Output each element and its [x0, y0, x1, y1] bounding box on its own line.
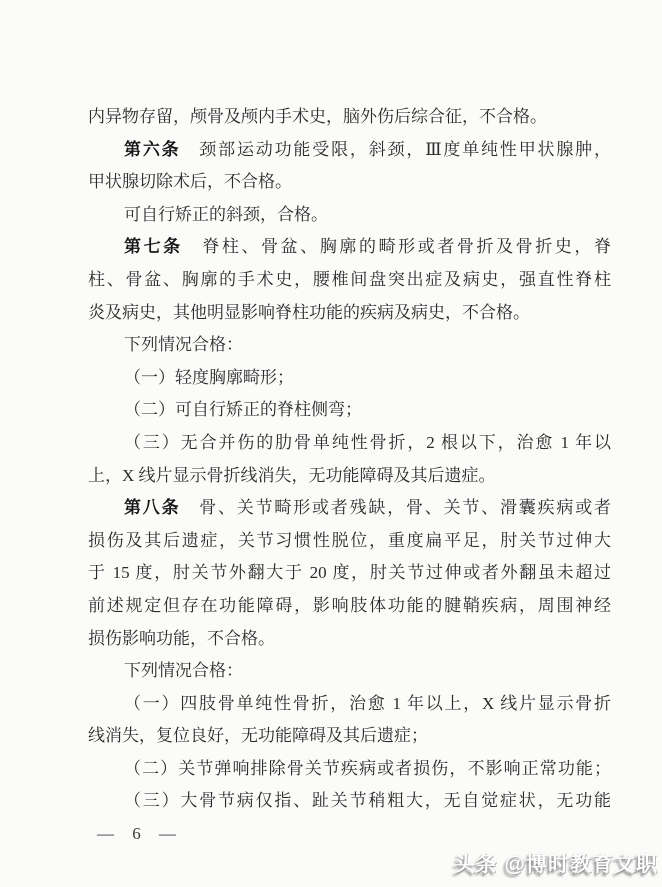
document-line: 下列情况合格： — [88, 329, 611, 362]
line-text: （二）关节弹响排除骨关节疾病或者损伤，不影响正常功能； — [124, 759, 611, 778]
document-line: 下列情况合格： — [88, 655, 611, 688]
line-text: 前述规定但存在功能障碍，影响肢体功能的腱鞘疾病，周围神经 — [88, 596, 611, 615]
document-line: （二）可自行矫正的脊柱侧弯； — [88, 394, 611, 427]
line-text: 下列情况合格： — [124, 335, 243, 354]
document-line: （三）无合并伤的肋骨单纯性骨折，2 根以下，治愈 1 年以 — [88, 427, 611, 460]
document-line: 损伤影响功能，不合格。 — [88, 623, 611, 656]
toutiao-watermark: 头条 @博时教育文职 — [454, 848, 658, 878]
document-body: 内异物存留，颅骨及颅内手术史，脑外伤后综合征，不合格。第六条 颈部运动功能受限，… — [88, 101, 611, 818]
line-text: 甲状腺切除术后，不合格。 — [88, 172, 292, 191]
line-text: （二）可自行矫正的脊柱侧弯； — [124, 400, 362, 419]
document-line: 甲状腺切除术后，不合格。 — [88, 166, 611, 199]
document-line: 第六条 颈部运动功能受限，斜颈，Ⅲ度单纯性甲状腺肿， — [88, 134, 611, 167]
line-text: 颈部运动功能受限，斜颈，Ⅲ度单纯性甲状腺肿， — [180, 140, 611, 159]
document-line: 前述规定但存在功能障碍，影响肢体功能的腱鞘疾病，周围神经 — [88, 590, 611, 623]
line-text: 骨、关节畸形或者残缺，骨、关节、滑囊疾病或者 — [180, 498, 611, 517]
document-page: 内异物存留，颅骨及颅内手术史，脑外伤后综合征，不合格。第六条 颈部运动功能受限，… — [0, 0, 662, 887]
article-number: 第七条 — [124, 237, 183, 256]
document-line: 炎及病史，其他明显影响脊柱功能的疾病及病史，不合格。 — [88, 297, 611, 330]
document-line: （一）四肢骨单纯性骨折，治愈 1 年以上，X 线片显示骨折 — [88, 688, 611, 721]
document-line: 第七条 脊柱、骨盆、胸廓的畸形或者骨折及骨折史，脊 — [88, 231, 611, 264]
line-text: 可自行矫正的斜颈，合格。 — [124, 205, 328, 224]
line-text: 下列情况合格： — [124, 661, 243, 680]
document-line: 损伤及其后遗症，关节习惯性脱位，重度扁平足，肘关节过伸大 — [88, 525, 611, 558]
document-line: 于 15 度，肘关节外翻大于 20 度，肘关节过伸或者外翻虽未超过 — [88, 557, 611, 590]
line-text: 线消失，复位良好，无功能障碍及其后遗症； — [88, 726, 428, 745]
document-line: （一）轻度胸廓畸形； — [88, 362, 611, 395]
line-text: 损伤及其后遗症，关节习惯性脱位，重度扁平足，肘关节过伸大 — [88, 531, 611, 550]
article-number: 第八条 — [124, 498, 180, 517]
line-text: 柱、骨盆、胸廓的手术史，腰椎间盘突出症及病史，强直性脊柱 — [88, 270, 611, 289]
document-line: 第八条 骨、关节畸形或者残缺，骨、关节、滑囊疾病或者 — [88, 492, 611, 525]
line-text: （三）大骨节病仅指、趾关节稍粗大，无自觉症状，无功能 — [124, 791, 611, 810]
line-text: 内异物存留，颅骨及颅内手术史，脑外伤后综合征，不合格。 — [88, 107, 547, 126]
document-line: （三）大骨节病仅指、趾关节稍粗大，无自觉症状，无功能 — [88, 785, 611, 818]
line-text: 脊柱、骨盆、胸廓的畸形或者骨折及骨折史，脊 — [183, 237, 611, 256]
line-text: 损伤影响功能，不合格。 — [88, 629, 275, 648]
line-text: 炎及病史，其他明显影响脊柱功能的疾病及病史，不合格。 — [88, 303, 530, 322]
line-text: 于 15 度，肘关节外翻大于 20 度，肘关节过伸或者外翻虽未超过 — [88, 563, 611, 582]
page-number: — 6 — — [97, 824, 177, 844]
line-text: （一）轻度胸廓畸形； — [124, 368, 294, 387]
line-text: （三）无合并伤的肋骨单纯性骨折，2 根以下，治愈 1 年以 — [124, 433, 611, 452]
line-text: 上，X 线片显示骨折线消失，无功能障碍及其后遗症。 — [88, 466, 496, 485]
document-line: 可自行矫正的斜颈，合格。 — [88, 199, 611, 232]
article-number: 第六条 — [124, 140, 180, 159]
document-line: （二）关节弹响排除骨关节疾病或者损伤，不影响正常功能； — [88, 753, 611, 786]
document-line: 线消失，复位良好，无功能障碍及其后遗症； — [88, 720, 611, 753]
line-text: （一）四肢骨单纯性骨折，治愈 1 年以上，X 线片显示骨折 — [124, 694, 611, 713]
document-line: 上，X 线片显示骨折线消失，无功能障碍及其后遗症。 — [88, 460, 611, 493]
document-line: 柱、骨盆、胸廓的手术史，腰椎间盘突出症及病史，强直性脊柱 — [88, 264, 611, 297]
document-line: 内异物存留，颅骨及颅内手术史，脑外伤后综合征，不合格。 — [88, 101, 611, 134]
